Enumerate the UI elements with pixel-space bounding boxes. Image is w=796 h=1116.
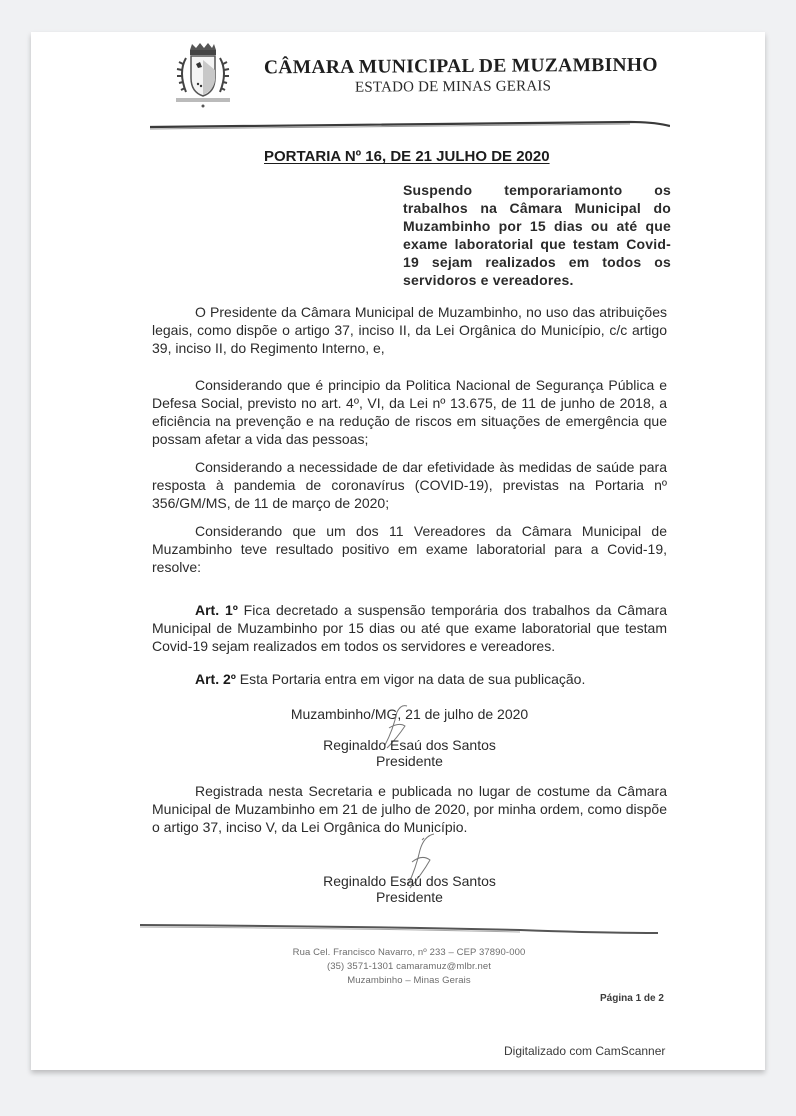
signatory-role: Presidente (152, 753, 667, 770)
municipal-coat-of-arms-icon (166, 40, 238, 110)
document-summary: Suspendo temporariamonto os trabalhos na… (403, 181, 671, 289)
place-date: Muzambinho/MG, 21 de julho de 2020 (152, 706, 667, 723)
address-line: Rua Cel. Francisco Navarro, nº 233 – CEP… (270, 946, 548, 960)
article-label: Art. 2º (195, 671, 236, 687)
contact-line: (35) 3571-1301 camaramuz@mlbr.net (270, 960, 548, 974)
document-title: PORTARIA Nº 16, DE 21 JULHO DE 2020 (264, 148, 550, 165)
considerando-paragraph: Considerando que é principio da Politica… (152, 376, 667, 448)
preamble-paragraph: O Presidente da Câmara Municipal de Muza… (152, 303, 667, 357)
article-2: Art. 2º Esta Portaria entra em vigor na … (152, 670, 667, 688)
page-number: Página 1 de 2 (600, 993, 664, 1004)
organization-name: CÂMARA MUNICIPAL DE MUZAMBINHO (264, 55, 658, 80)
registration-paragraph: Registrada nesta Secretaria e publicada … (152, 782, 667, 836)
signatory-name: Reginaldo Esaú dos Santos (152, 737, 667, 754)
considerando-paragraph: Considerando que um dos 11 Vereadores da… (152, 522, 667, 576)
signatory-role: Presidente (152, 889, 667, 906)
article-label: Art. 1º (195, 602, 238, 618)
footer-address: Rua Cel. Francisco Navarro, nº 233 – CEP… (270, 946, 548, 988)
considerando-paragraph: Considerando a necessidade de dar efetiv… (152, 458, 667, 512)
article-1: Art. 1º Fica decretado a suspensão tempo… (152, 601, 667, 655)
footer-divider (140, 922, 658, 936)
scanner-watermark: Digitalizado com CamScanner (504, 1044, 665, 1058)
signatory-name: Reginaldo Esaú dos Santos (152, 873, 667, 890)
article-text: Esta Portaria entra em vigor na data de … (236, 671, 585, 687)
header-divider (150, 120, 670, 132)
city-line: Muzambinho – Minas Gerais (270, 974, 548, 988)
organization-state: ESTADO DE MINAS GERAIS (355, 78, 551, 96)
